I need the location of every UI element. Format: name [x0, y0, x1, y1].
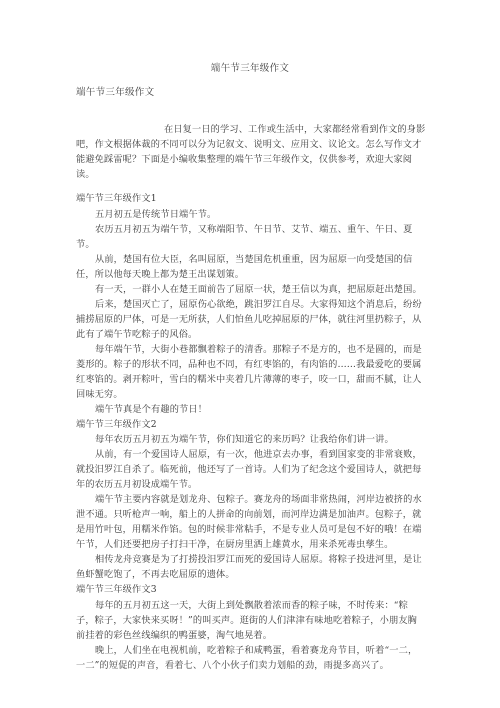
essay-paragraph: 相传龙舟竞赛是为了打捞投汨罗江而死的爱国诗人屈原。将粽子投进河里，是让鱼虾蟹吃饱… — [76, 552, 426, 582]
essay-paragraph: 端午节主要内容就是划龙舟、包粽子。赛龙舟的场面非常热闹，河岸边被挤的水泄不通。只… — [76, 492, 426, 552]
intro-paragraph: 在日复一日的学习、工作或生活中，大家都经常看到作文的身影吧，作文根据体裁的不同可… — [76, 122, 426, 182]
essay-paragraph: 每年的五月初五这一天，大街上到处飘散着浓而香的粽子味，不时传来：“粽子，粽子，大… — [76, 598, 426, 643]
essay-paragraph: 从前，有一个爱国诗人屈原，有一次，他进京去办事，看到国家变的非常衰败，就投汨罗江… — [76, 447, 426, 492]
document-page: 端午节三年级作文 端午节三年级作文 在日复一日的学习、工作或生活中，大家都经常看… — [0, 0, 500, 708]
essay-paragraph: 从前，楚国有位大臣，名叫屈原，当楚国危机重重，因为屈原一向受楚国的信任，所以他每… — [76, 252, 426, 282]
essays-container: 端午节三年级作文1 五月初五是传统节日端午节。 农历五月初五为端午节，又称端阳节… — [76, 191, 426, 673]
essay-paragraph: 农历五月初五为端午节，又称端阳节、午日节、艾节、端五、重午、午日、夏节。 — [76, 222, 426, 252]
essay-paragraph: 有一天，一群小人在楚王面前告了屈原一状，楚王信以为真，把屈原赶出楚国。 — [76, 282, 426, 297]
essay-paragraph: 晚上，人们坐在电视机前，吃着粽子和咸鸭蛋，看着赛龙舟节目，听着“一二，一二”的短… — [76, 643, 426, 673]
essay-heading: 端午节三年级作文1 — [76, 191, 426, 207]
essay-heading: 端午节三年级作文3 — [76, 582, 426, 598]
essay-paragraph: 每年端午节，大街小巷都飘着粽子的清香。那粽子不是方的，也不是圆的，而是菱形的。粽… — [76, 342, 426, 402]
essay-paragraph: 五月初五是传统节日端午节。 — [76, 207, 426, 222]
essay-heading: 端午节三年级作文2 — [76, 417, 426, 433]
essay-paragraph: 端午节真是个有趣的节日！ — [76, 402, 426, 417]
document-subtitle: 端午节三年级作文 — [76, 84, 154, 98]
document-title: 端午节三年级作文 — [0, 60, 500, 74]
essay-paragraph: 每年农历五月初五为端午节，你们知道它的来历吗？让我给你们讲一讲。 — [76, 432, 426, 447]
essay-paragraph: 后来，楚国灭亡了，屈原伤心欲绝，跳汨罗江自尽。大家得知这个消息后，纷纷捕捞屈原的… — [76, 297, 426, 342]
essay-3: 端午节三年级作文3 每年的五月初五这一天，大街上到处飘散着浓而香的粽子味，不时传… — [76, 582, 426, 673]
essay-2: 端午节三年级作文2 每年农历五月初五为端午节，你们知道它的来历吗？让我给你们讲一… — [76, 417, 426, 583]
essay-1: 端午节三年级作文1 五月初五是传统节日端午节。 农历五月初五为端午节，又称端阳节… — [76, 191, 426, 417]
